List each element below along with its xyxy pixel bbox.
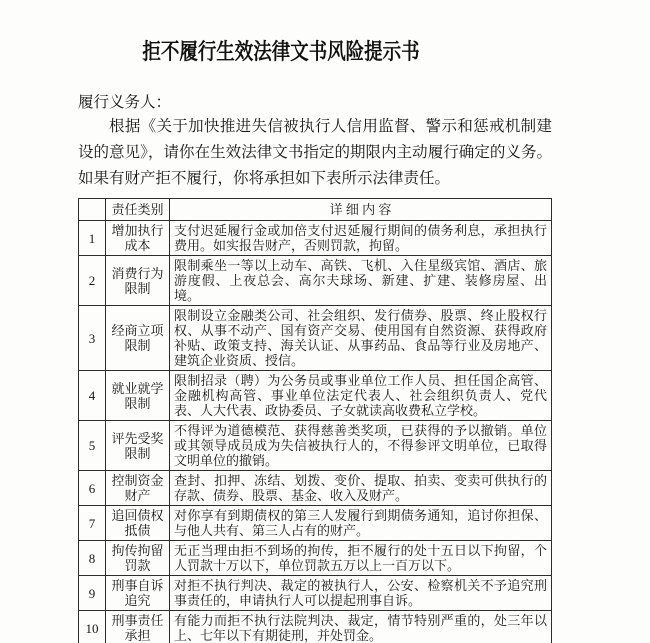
row-number: 9 [79, 576, 106, 611]
row-detail: 限制设立金融类公司、社会组织、发行债券、股票、终止股权行权、从事不动产、国有资产… [170, 306, 552, 371]
row-number: 7 [79, 506, 106, 541]
row-detail: 无正当理由拒不到场的拘传，拒不履行的处十五日以下拘留，个人罚款十万以下，单位罚款… [170, 541, 552, 576]
salutation-line: 履行义务人： [78, 92, 552, 114]
row-number: 3 [79, 306, 106, 371]
document-content: 拒不履行生效法律文书风险提示书 履行义务人： 根据《关于加快推进失信被执行人信用… [78, 0, 552, 643]
row-category: 控制资金财产 [106, 471, 170, 506]
document-title: 拒不履行生效法律文书风险提示书 [82, 38, 480, 66]
row-number: 6 [79, 471, 106, 506]
table-row: 2 消费行为限制 限制乘坐一等以上动车、高铁、飞机、入住星级宾馆、酒店、旅游度假… [79, 256, 552, 306]
row-detail: 不得评为道德模范、获得慈善类奖项，已获得的予以撤销。单位或其领导成员成为失信被执… [170, 421, 552, 471]
row-category: 增加执行成本 [106, 221, 170, 256]
row-category: 就业就学限制 [106, 371, 170, 421]
row-number: 8 [79, 541, 106, 576]
row-number: 10 [79, 611, 106, 643]
row-number: 1 [79, 221, 106, 256]
row-detail: 查封、扣押、冻结、划拨、变价、提取、拍卖、变卖可供执行的存款、债券、股票、基金、… [170, 471, 552, 506]
row-number: 4 [79, 371, 106, 421]
table-row: 9 刑事自诉追究 对拒不执行判决、裁定的被执行人，公安、检察机关不予追究刑事责任… [79, 576, 552, 611]
table-row: 4 就业就学限制 限制招录（聘）为公务员或事业单位工作人员、担任国企高管、金融机… [79, 371, 552, 421]
table-header-row: 责任类别 详 细 内 容 [79, 199, 552, 221]
liability-table: 责任类别 详 细 内 容 1 增加执行成本 支付迟延履行金或加倍支付迟延履行期间… [78, 198, 552, 643]
row-category: 刑事自诉追究 [106, 576, 170, 611]
row-detail: 限制乘坐一等以上动车、高铁、飞机、入住星级宾馆、酒店、旅游度假、上夜总会、高尔夫… [170, 256, 552, 306]
table-row: 3 经商立项限制 限制设立金融类公司、社会组织、发行债券、股票、终止股权行权、从… [79, 306, 552, 371]
row-category: 追回债权抵债 [106, 506, 170, 541]
row-detail: 对你享有到期债权的第三人发履行到期债务通知，追讨你担保、与他人共有、第三人占有的… [170, 506, 552, 541]
row-category: 刑事责任承担 [106, 611, 170, 643]
table-row: 7 追回债权抵债 对你享有到期债权的第三人发履行到期债务通知，追讨你担保、与他人… [79, 506, 552, 541]
column-header-detail: 详 细 内 容 [170, 199, 552, 221]
column-header-index [79, 199, 106, 221]
intro-paragraph: 根据《关于加快推进失信被执行人信用监督、警示和惩戒机制建设的意见》，请你在生效法… [78, 114, 552, 192]
row-category: 评先受奖限制 [106, 421, 170, 471]
table-row: 6 控制资金财产 查封、扣押、冻结、划拨、变价、提取、拍卖、变卖可供执行的存款、… [79, 471, 552, 506]
row-detail: 对拒不执行判决、裁定的被执行人，公安、检察机关不予追究刑事责任的，申请执行人可以… [170, 576, 552, 611]
row-category: 消费行为限制 [106, 256, 170, 306]
column-header-category: 责任类别 [106, 199, 170, 221]
table-row: 8 拘传拘留罚款 无正当理由拒不到场的拘传，拒不履行的处十五日以下拘留，个人罚款… [79, 541, 552, 576]
table-row: 10 刑事责任承担 有能力而拒不执行法院判决、裁定，情节特别严重的，处三年以上、… [79, 611, 552, 643]
table-row: 1 增加执行成本 支付迟延履行金或加倍支付迟延履行期间的债务利息，承担执行费用。… [79, 221, 552, 256]
row-number: 5 [79, 421, 106, 471]
row-detail: 支付迟延履行金或加倍支付迟延履行期间的债务利息，承担执行费用。如实报告财产，否则… [170, 221, 552, 256]
row-category: 拘传拘留罚款 [106, 541, 170, 576]
row-category: 经商立项限制 [106, 306, 170, 371]
row-detail: 有能力而拒不执行法院判决、裁定，情节特别严重的，处三年以上、七年以下有期徒刑，并… [170, 611, 552, 643]
row-detail: 限制招录（聘）为公务员或事业单位工作人员、担任国企高管、金融机构高管、事业单位法… [170, 371, 552, 421]
row-number: 2 [79, 256, 106, 306]
table-row: 5 评先受奖限制 不得评为道德模范、获得慈善类奖项，已获得的予以撤销。单位或其领… [79, 421, 552, 471]
scanned-document-page: 拒不履行生效法律文书风险提示书 履行义务人： 根据《关于加快推进失信被执行人信用… [0, 0, 650, 643]
